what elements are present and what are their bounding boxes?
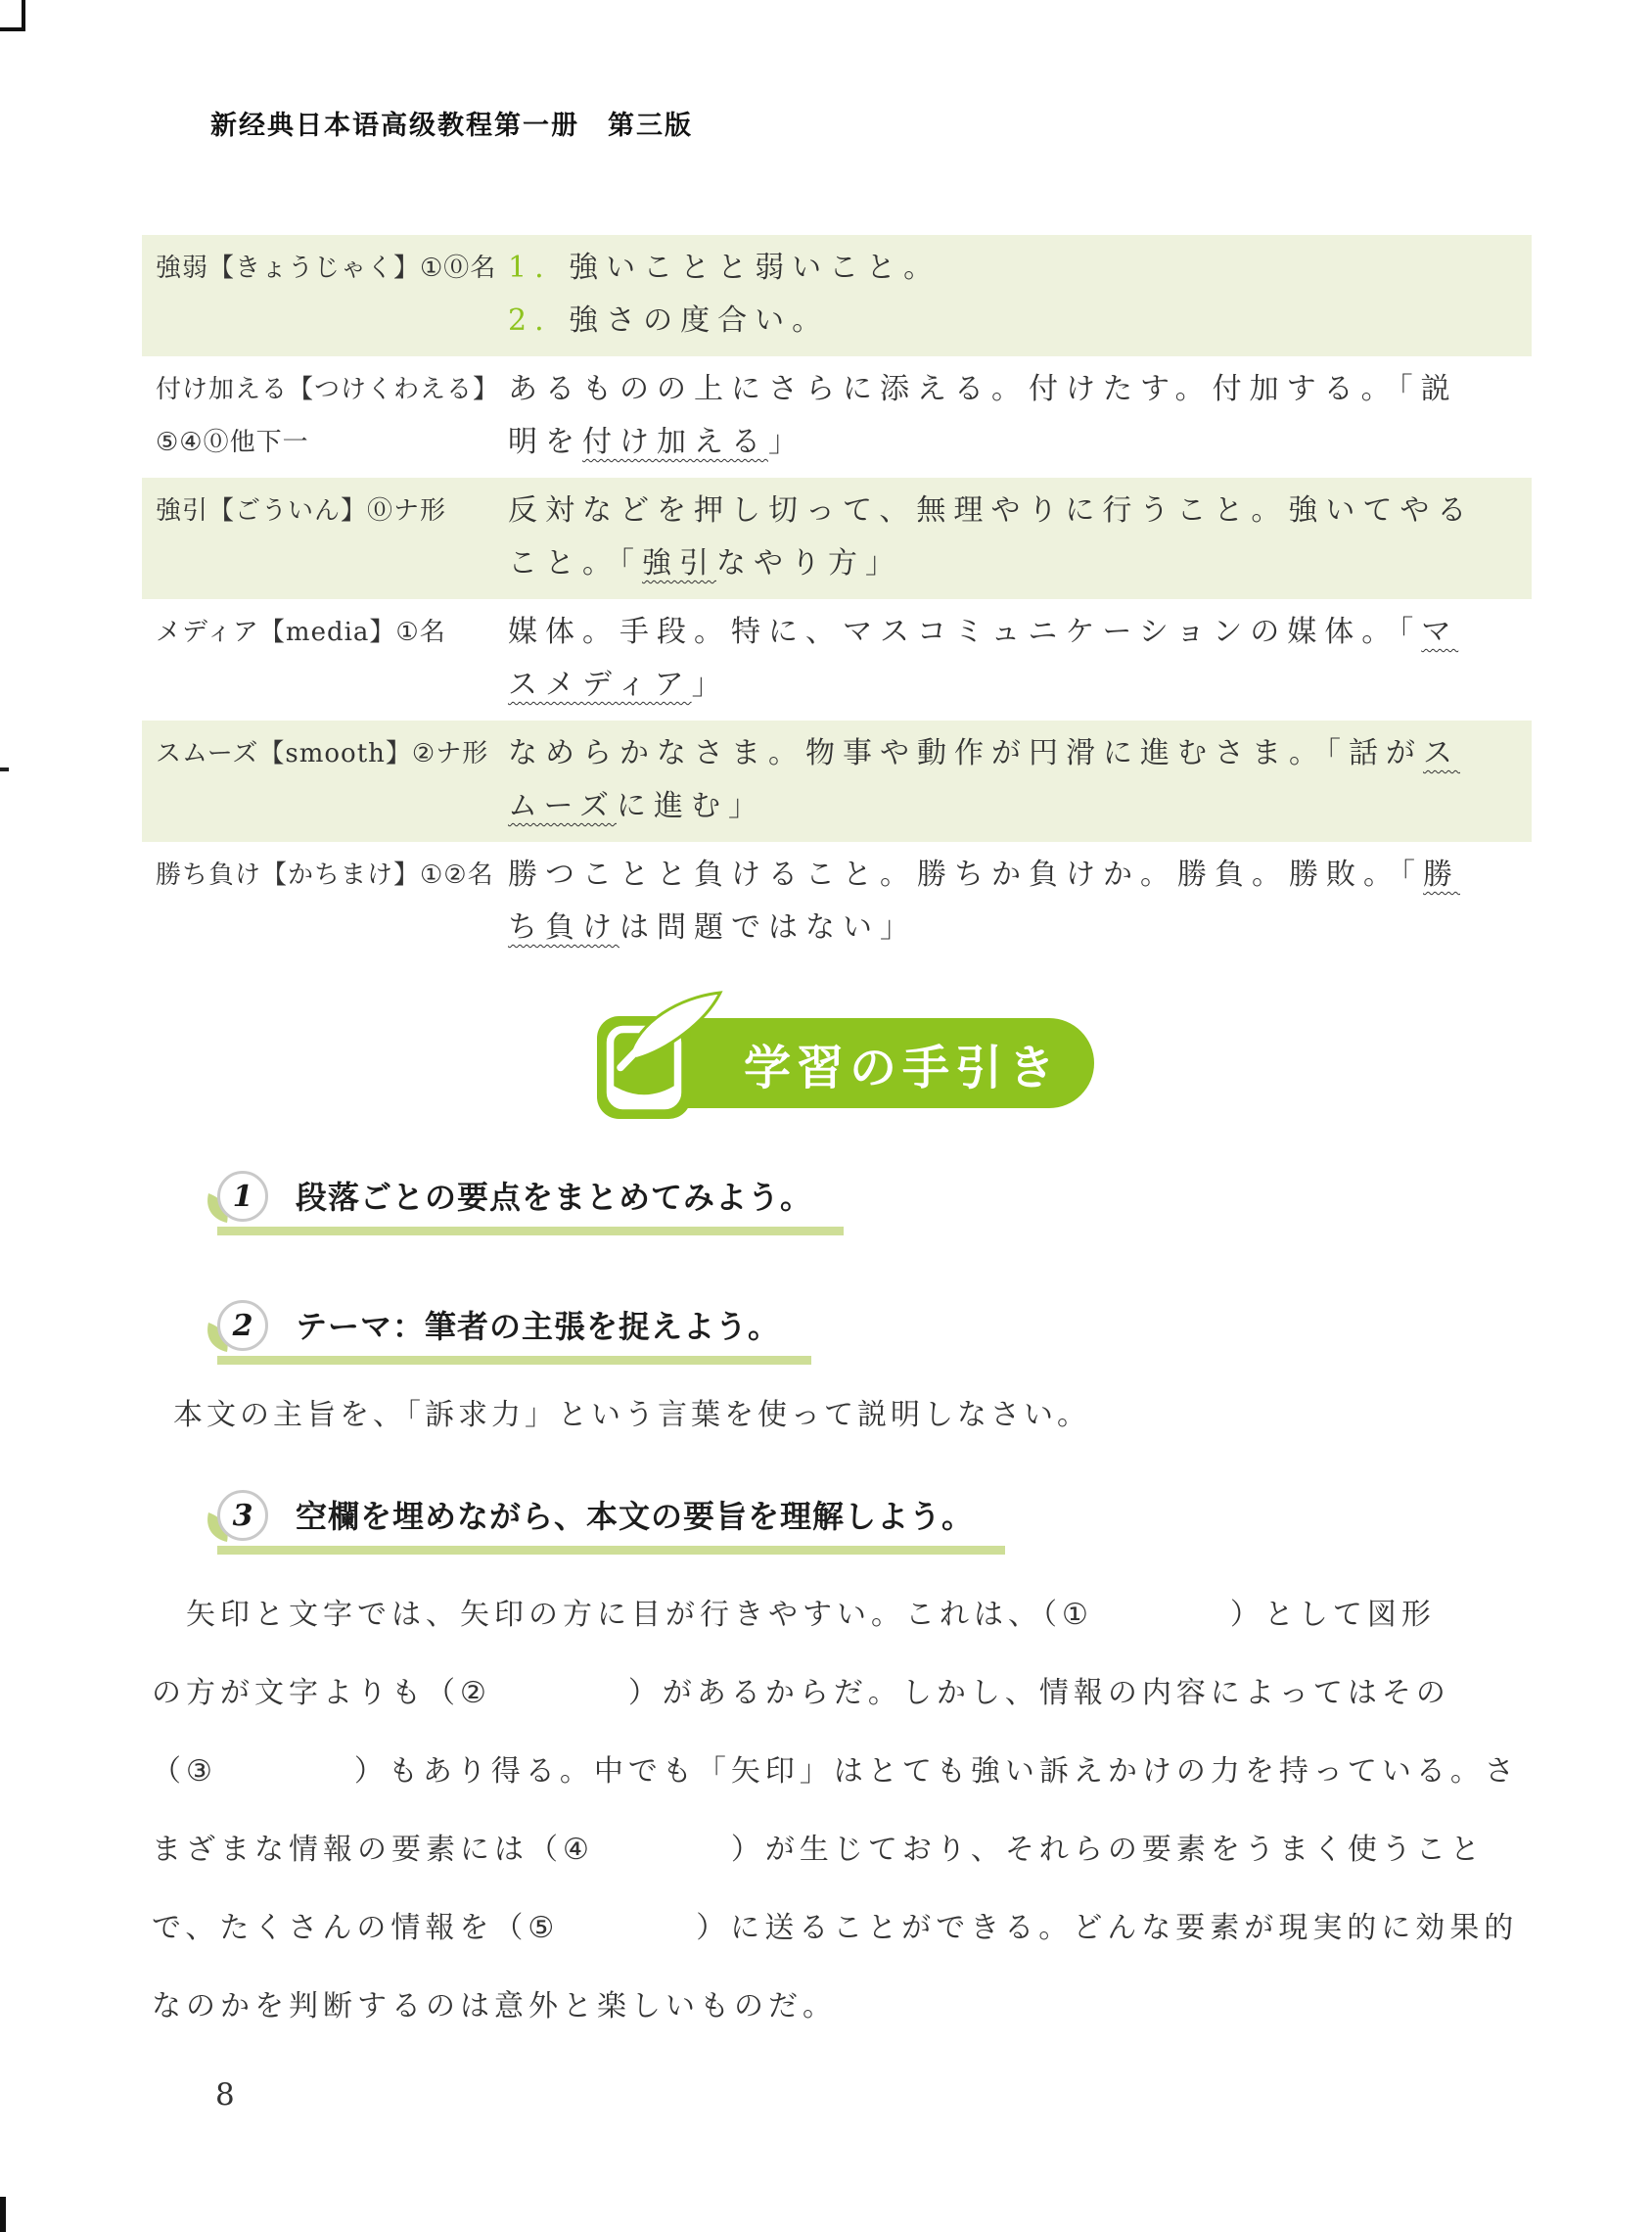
vocab-definition: なめらかなさま。物事や動作が円滑に進むさま。「話がスムーズに進む」 — [508, 727, 1532, 833]
vocab-definition-line: あるものの上にさらに添える。付けたす。付加する。「説 — [508, 363, 1532, 416]
vocab-term: 勝ち負け【かちまけ】①②名 — [156, 849, 508, 954]
item-number-badge: 3 — [217, 1490, 268, 1541]
fill-in-paragraph-line: まざまな情報の要素には（④ ）が生じており、それらの要素をうまく使うこと — [152, 1811, 1551, 1889]
item-number-badge: 1 — [217, 1171, 268, 1222]
vocab-definition: あるものの上にさらに添える。付けたす。付加する。「説明を付け加える」 — [508, 363, 1532, 469]
vocab-definition-line: なめらかなさま。物事や動作が円滑に進むさま。「話がス — [508, 727, 1532, 780]
definition-text: 反対などを押し切って、無理やりに行うこと。強いてやる — [508, 493, 1474, 528]
print-mark-left-dash — [0, 767, 9, 771]
fill-in-paragraph-line: （③ ）もあり得る。中でも「矢印」はとても強い訴えかけの力を持っている。さ — [152, 1733, 1551, 1811]
vocab-definition: 媒体。手段。特に、マスコミュニケーションの媒体。「マスメディア」 — [508, 606, 1532, 712]
definition-text: 明を — [508, 425, 582, 459]
vocab-row: スムーズ【smooth】②ナ形なめらかなさま。物事や動作が円滑に進むさま。「話が… — [142, 721, 1532, 842]
vocab-table: 強弱【きょうじゃく】①⓪名1. 強いことと弱いこと。2. 強さの度合い。付け加え… — [142, 235, 1532, 963]
guide-item-head: 2テーマ：筆者の主張を捉えよう。 — [217, 1300, 1551, 1365]
vocab-term: スムーズ【smooth】②ナ形 — [156, 727, 508, 833]
definition-text: 」 — [692, 668, 729, 702]
vocab-term: メディア【media】①名 — [156, 606, 508, 712]
vocab-term: 強引【ごういん】⓪ナ形 — [156, 485, 508, 590]
definition-text: 強さの度合い。 — [552, 303, 830, 338]
guide-item-title-wrap: テーマ：筆者の主張を捉えよう。 — [296, 1302, 780, 1365]
definition-text: 強いことと弱いこと。 — [552, 251, 941, 285]
vocab-row: 勝ち負け【かちまけ】①②名勝つことと負けること。勝ちか負けか。勝負。勝敗。「勝ち… — [142, 842, 1532, 963]
vocab-term-line: 強弱【きょうじゃく】①⓪名 — [156, 242, 508, 295]
guide-item-body: 本文の主旨を、「訴求力」という言葉を使って説明しなさい。 — [173, 1388, 1551, 1443]
study-guide-section: 1段落ごとの要点をまとめてみよう。2テーマ：筆者の主張を捉えよう。本文の主旨を、… — [152, 1171, 1551, 2046]
fill-in-paragraph-line: なのかを判断するのは意外と楽しいものだ。 — [152, 1968, 1551, 2046]
guide-item-title: 段落ごとの要点をまとめてみよう。 — [296, 1179, 812, 1216]
definition-text: 勝つことと負けること。勝ちか負けか。勝負。勝敗。「 — [508, 858, 1423, 892]
quill-notebook-icon — [585, 987, 732, 1134]
vocab-row: 付け加える【つけくわえる】⑤④⓪他下一あるものの上にさらに添える。付けたす。付加… — [142, 356, 1532, 478]
print-mark-top-left — [0, 0, 25, 31]
title-underline-bar — [217, 1356, 811, 1365]
page-number: 8 — [215, 2077, 235, 2113]
definition-text: マ — [1421, 615, 1458, 649]
definition-text: ムーズ — [508, 789, 617, 823]
guide-item-title-wrap: 空欄を埋めながら、本文の要旨を理解しよう。 — [296, 1492, 974, 1555]
item-number: 2 — [233, 1309, 253, 1343]
guide-item: 1段落ごとの要点をまとめてみよう。 — [152, 1171, 1551, 1235]
definition-text: 媒体。手段。特に、マスコミュニケーションの媒体。「 — [508, 615, 1421, 649]
vocab-term-line: スムーズ【smooth】②ナ形 — [156, 727, 508, 780]
fill-in-paragraph-line: の方が文字よりも（② ）があるからだ。しかし、情報の内容によってはその — [152, 1654, 1551, 1733]
vocab-definition-line: 反対などを押し切って、無理やりに行うこと。強いてやる — [508, 485, 1532, 537]
vocab-definition: 反対などを押し切って、無理やりに行うこと。強いてやること。「強引なやり方」 — [508, 485, 1532, 590]
guide-item: 3空欄を埋めながら、本文の要旨を理解しよう。 矢印と文字では、矢印の方に目が行き… — [152, 1490, 1551, 2046]
section-banner-title: 学習の手引き — [744, 1030, 1061, 1097]
definition-text: に進む」 — [617, 789, 765, 823]
vocab-definition-line: 勝つことと負けること。勝ちか負けか。勝負。勝敗。「勝 — [508, 849, 1532, 902]
print-mark-bottom-left — [0, 2197, 6, 2232]
vocab-definition-line: ち負けは問題ではない」 — [508, 902, 1532, 954]
definition-text: なやり方」 — [716, 546, 902, 581]
title-underline-bar — [217, 1546, 1005, 1555]
definition-list-number: 2. — [508, 303, 552, 338]
title-underline-bar — [217, 1227, 844, 1235]
vocab-term-line: 勝ち負け【かちまけ】①②名 — [156, 849, 508, 902]
vocab-term-line: 付け加える【つけくわえる】 — [156, 363, 508, 416]
fill-in-paragraph-line: で、たくさんの情報を（⑤ ）に送ることができる。どんな要素が現実的に効果的 — [152, 1889, 1551, 1968]
vocab-term-line: ⑤④⓪他下一 — [156, 416, 508, 469]
definition-text: こと。「 — [508, 546, 642, 581]
definition-list-number: 1. — [508, 251, 552, 285]
definition-text: 付け加える — [582, 425, 768, 459]
vocab-definition-line: 2. 強さの度合い。 — [508, 295, 1532, 348]
definition-text: は問題ではない」 — [619, 910, 917, 945]
vocab-term-line: 強引【ごういん】⓪ナ形 — [156, 485, 508, 537]
book-title-header: 新经典日本语高级教程第一册 第三版 — [210, 104, 693, 142]
item-number-badge: 2 — [217, 1300, 268, 1351]
section-banner: 学習の手引き — [585, 987, 1114, 1134]
definition-text: 勝 — [1423, 858, 1460, 892]
guide-item-head: 3空欄を埋めながら、本文の要旨を理解しよう。 — [217, 1490, 1551, 1555]
item-number-ring: 3 — [217, 1490, 268, 1541]
vocab-row: 強弱【きょうじゃく】①⓪名1. 強いことと弱いこと。2. 強さの度合い。 — [142, 235, 1532, 356]
item-number: 3 — [233, 1499, 253, 1533]
vocab-definition-line: 媒体。手段。特に、マスコミュニケーションの媒体。「マ — [508, 606, 1532, 659]
vocab-definition-line: こと。「強引なやり方」 — [508, 537, 1532, 590]
definition-text: 」 — [768, 425, 805, 459]
vocab-term: 強弱【きょうじゃく】①⓪名 — [156, 242, 508, 348]
vocab-term: 付け加える【つけくわえる】⑤④⓪他下一 — [156, 363, 508, 469]
vocab-definition-line: ムーズに進む」 — [508, 780, 1532, 833]
vocab-definition: 1. 強いことと弱いこと。2. 強さの度合い。 — [508, 242, 1532, 348]
guide-item-head: 1段落ごとの要点をまとめてみよう。 — [217, 1171, 1551, 1235]
guide-item: 2テーマ：筆者の主張を捉えよう。本文の主旨を、「訴求力」という言葉を使って説明し… — [152, 1300, 1551, 1443]
guide-item-title: 空欄を埋めながら、本文の要旨を理解しよう。 — [296, 1498, 974, 1535]
definition-text: あるものの上にさらに添える。付けたす。付加する。「説 — [508, 372, 1458, 406]
vocab-row: メディア【media】①名媒体。手段。特に、マスコミュニケーションの媒体。「マス… — [142, 599, 1532, 721]
definition-text: なめらかなさま。物事や動作が円滑に進むさま。「話が — [508, 736, 1423, 770]
vocab-row: 強引【ごういん】⓪ナ形反対などを押し切って、無理やりに行うこと。強いてやること。… — [142, 478, 1532, 599]
fill-in-paragraph-line: 矢印と文字では、矢印の方に目が行きやすい。これは、（① ）として図形 — [152, 1576, 1551, 1654]
vocab-definition-line: 明を付け加える」 — [508, 416, 1532, 469]
guide-item-title: テーマ：筆者の主張を捉えよう。 — [296, 1308, 780, 1345]
item-number-ring: 2 — [217, 1300, 268, 1351]
item-number: 1 — [233, 1180, 253, 1214]
vocab-definition: 勝つことと負けること。勝ちか負けか。勝負。勝敗。「勝ち負けは問題ではない」 — [508, 849, 1532, 954]
definition-text: ス — [1423, 736, 1460, 770]
definition-text: 強引 — [642, 546, 716, 581]
vocab-definition-line: 1. 強いことと弱いこと。 — [508, 242, 1532, 295]
definition-text: ち負け — [508, 910, 619, 945]
vocab-term-line: メディア【media】①名 — [156, 606, 508, 659]
definition-text: スメディア — [508, 668, 692, 702]
item-number-ring: 1 — [217, 1171, 268, 1222]
vocab-definition-line: スメディア」 — [508, 659, 1532, 712]
guide-item-title-wrap: 段落ごとの要点をまとめてみよう。 — [296, 1173, 812, 1235]
